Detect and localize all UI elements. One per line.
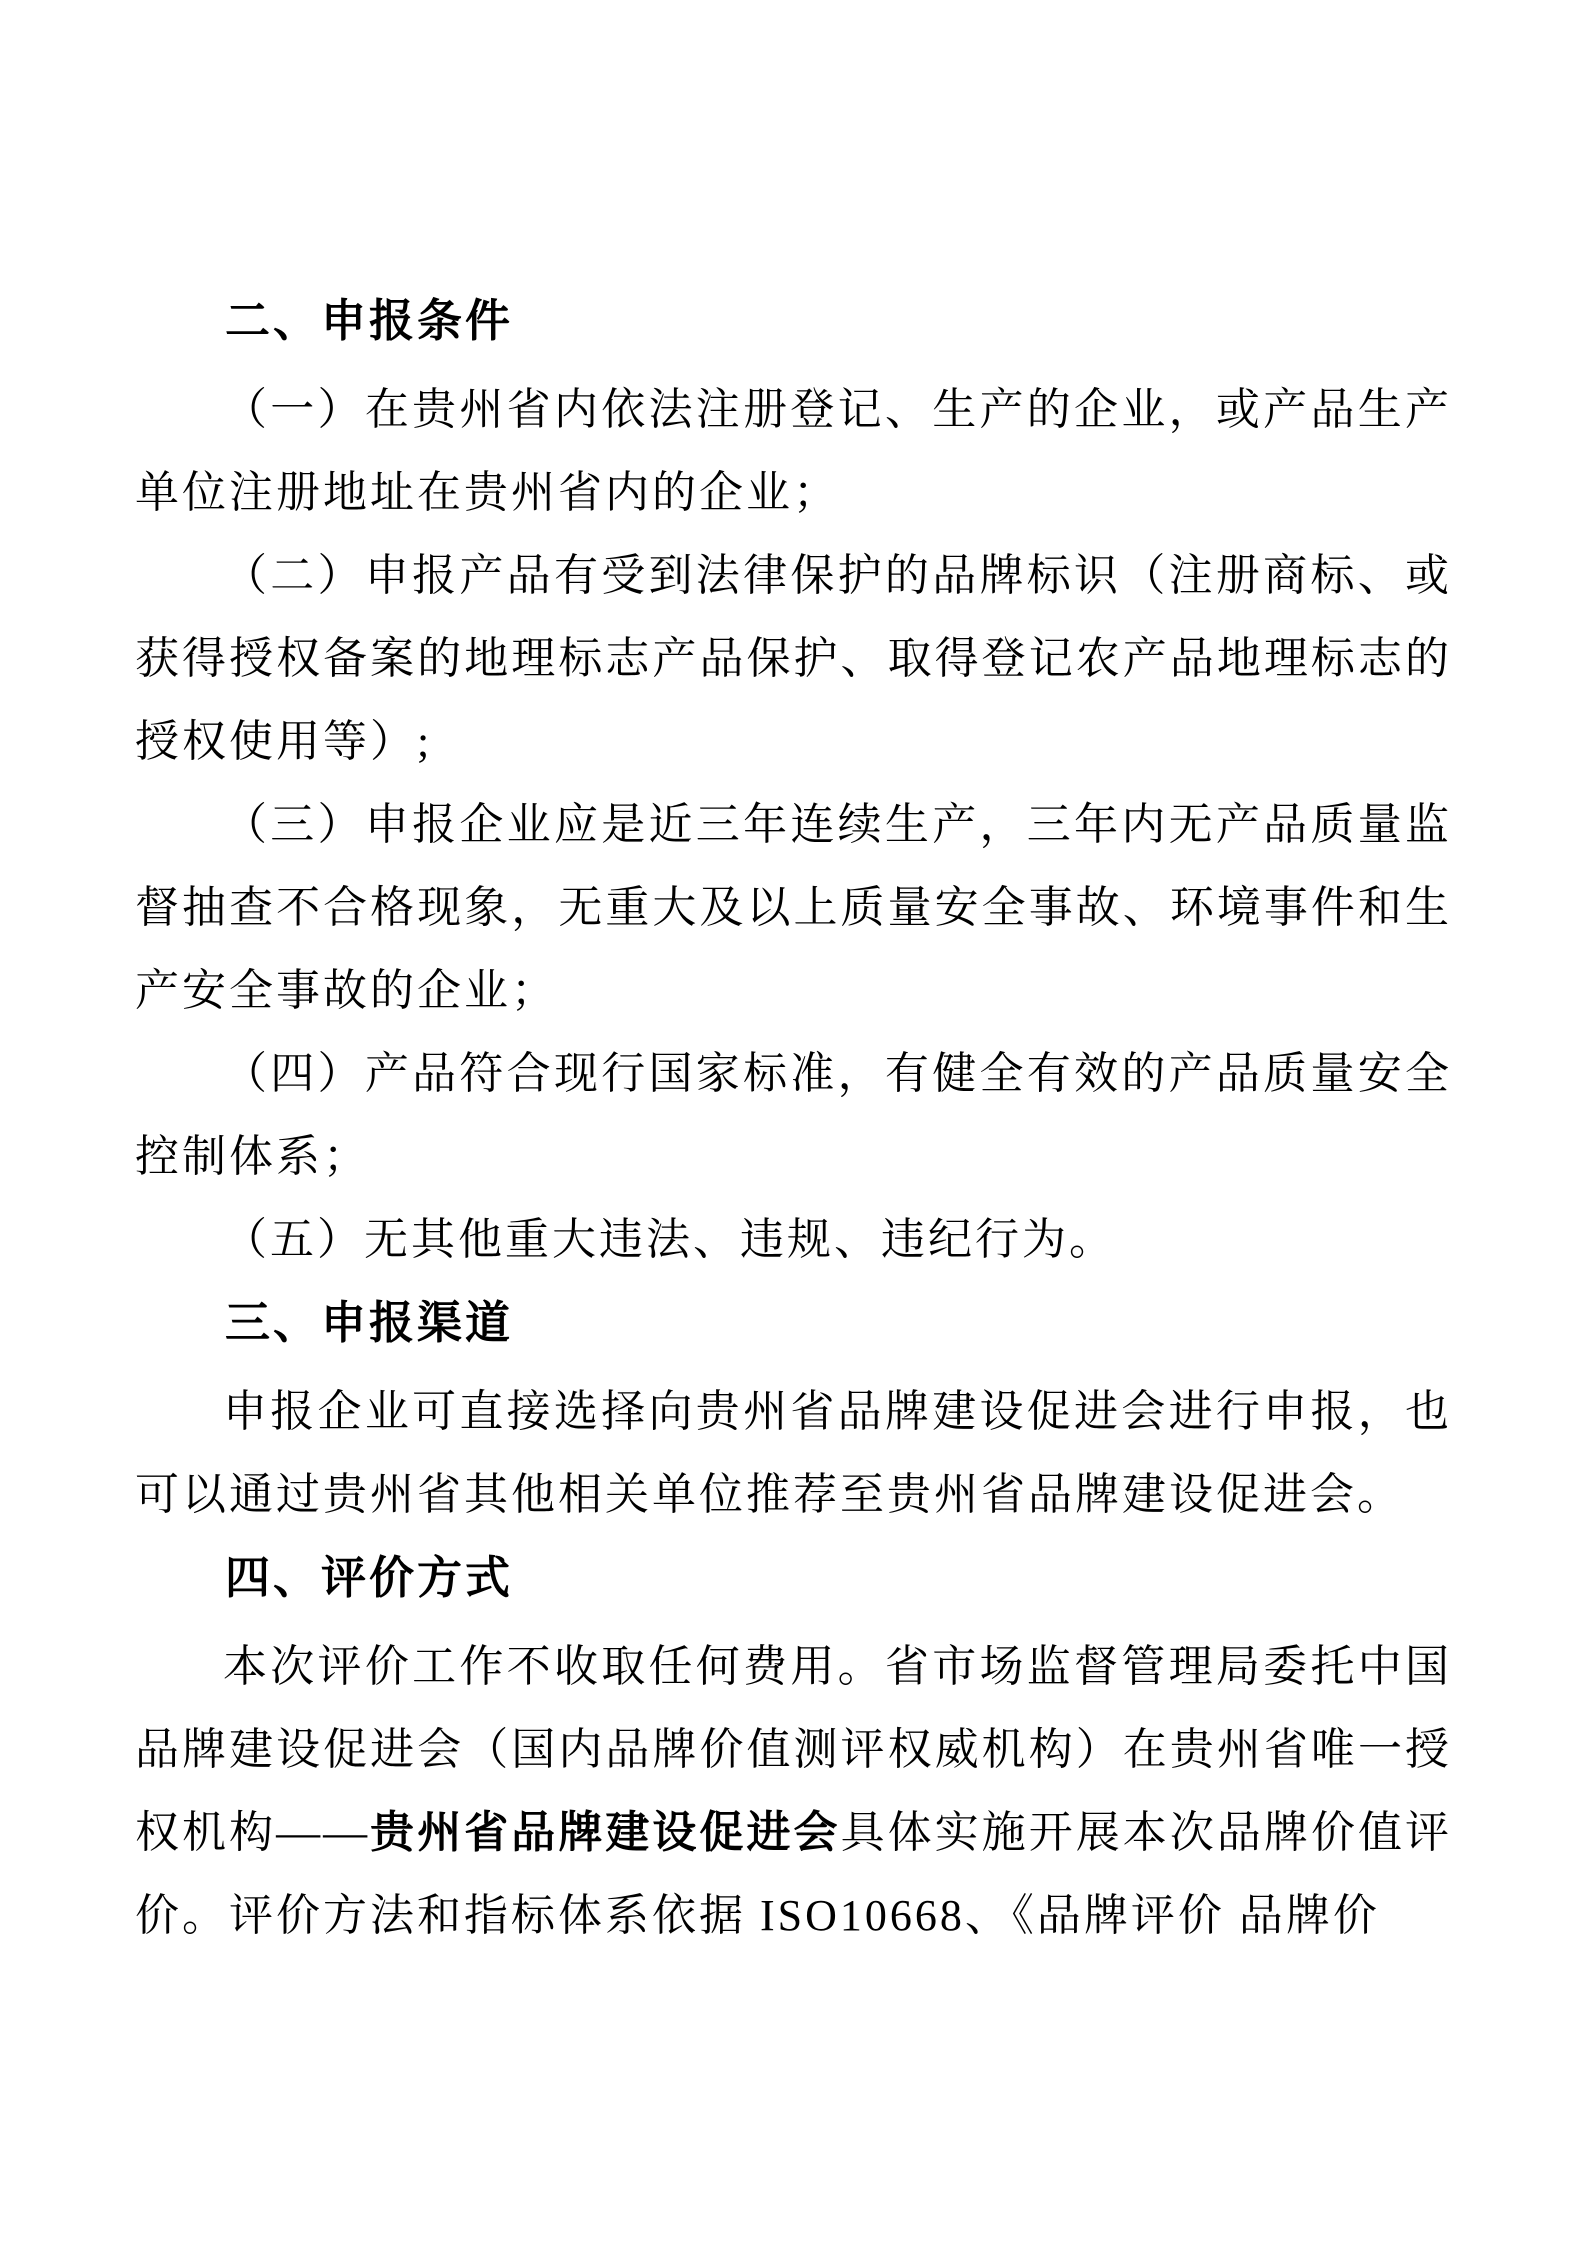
- paragraph: （四）产品符合现行国家标准，有健全有效的产品质量安全控制体系；: [135, 1032, 1452, 1198]
- text-segment: （二）申报产品有受到法律保护的品牌标识（注册商标、或获得授权备案的地理标志产品保…: [135, 551, 1452, 766]
- section-heading: 二、申报条件: [135, 279, 1452, 362]
- paragraph: （二）申报产品有受到法律保护的品牌标识（注册商标、或获得授权备案的地理标志产品保…: [135, 534, 1452, 783]
- text-segment: （四）产品符合现行国家标准，有健全有效的产品质量安全控制体系；: [135, 1049, 1452, 1181]
- paragraph: 本次评价工作不收取任何费用。省市场监督管理局委托中国品牌建设促进会（国内品牌价值…: [135, 1625, 1452, 1957]
- bold-text-segment: 贵州省品牌建设促进会: [370, 1808, 840, 1857]
- text-segment: （三）申报企业应是近三年连续生产，三年内无产品质量监督抽查不合格现象，无重大及以…: [135, 800, 1452, 1015]
- paragraph: （五）无其他重大违法、违规、违纪行为。: [135, 1198, 1452, 1281]
- paragraph: （三）申报企业应是近三年连续生产，三年内无产品质量监督抽查不合格现象，无重大及以…: [135, 783, 1452, 1032]
- text-segment: 申报企业可直接选择向贵州省品牌建设促进会进行申报，也可以通过贵州省其他相关单位推…: [135, 1387, 1452, 1519]
- section-heading: 四、评价方式: [135, 1536, 1452, 1619]
- document-page: 二、申报条件（一）在贵州省内依法注册登记、生产的企业，或产品生产单位注册地址在贵…: [0, 0, 1587, 2245]
- paragraph: 申报企业可直接选择向贵州省品牌建设促进会进行申报，也可以通过贵州省其他相关单位推…: [135, 1370, 1452, 1536]
- paragraph: （一）在贵州省内依法注册登记、生产的企业，或产品生产单位注册地址在贵州省内的企业…: [135, 368, 1452, 534]
- text-segment: （一）在贵州省内依法注册登记、生产的企业，或产品生产单位注册地址在贵州省内的企业…: [135, 385, 1452, 517]
- section-heading: 三、申报渠道: [135, 1281, 1452, 1364]
- text-segment: （五）无其他重大违法、违规、违纪行为。: [223, 1215, 1116, 1264]
- document-content: 二、申报条件（一）在贵州省内依法注册登记、生产的企业，或产品生产单位注册地址在贵…: [135, 279, 1452, 1957]
